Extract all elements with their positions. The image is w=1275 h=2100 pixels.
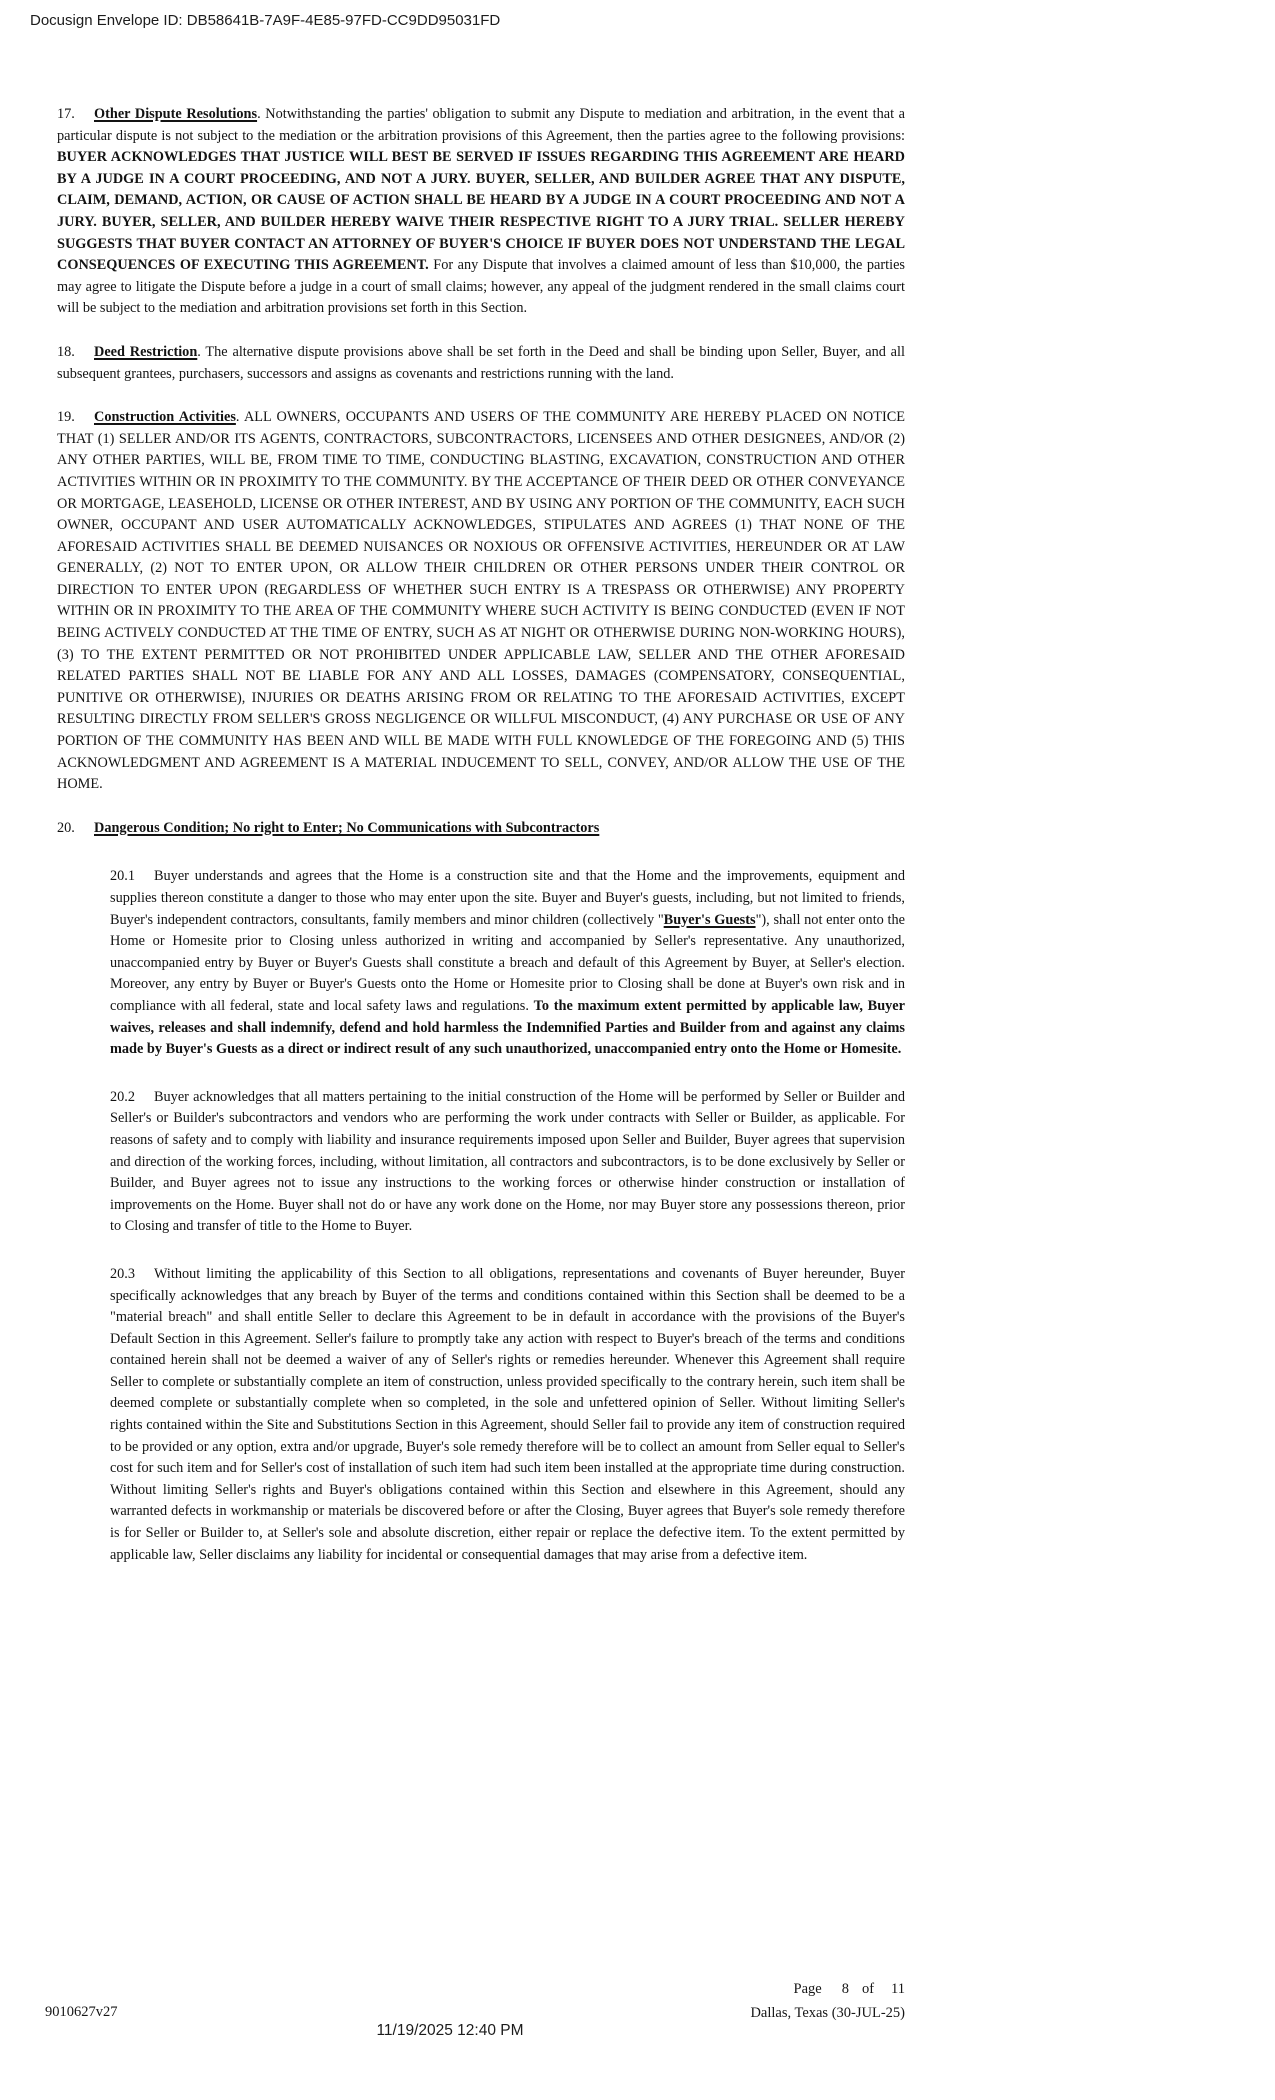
underlined-bold-run: Construction Activities bbox=[94, 409, 236, 425]
paragraph-number: 19. bbox=[57, 407, 94, 429]
subsection-paragraph: 20.3Without limiting the applicability o… bbox=[110, 1264, 905, 1566]
section-paragraph: 19.Construction Activities. ALL OWNERS, … bbox=[57, 407, 905, 796]
page-current: 8 bbox=[842, 1981, 849, 1997]
underlined-bold-run: Buyer's Guests bbox=[664, 912, 756, 928]
paragraph-number: 20.1 bbox=[110, 866, 154, 888]
paragraph-number: 20.2 bbox=[110, 1087, 154, 1109]
paragraph-number: 18. bbox=[57, 342, 94, 364]
bold-run: BUYER ACKNOWLEDGES THAT JUSTICE WILL BES… bbox=[57, 149, 905, 273]
paragraph-number: 17. bbox=[57, 104, 94, 126]
paragraph-number: 20. bbox=[57, 818, 94, 840]
section-paragraph: 17.Other Dispute Resolutions. Notwithsta… bbox=[57, 104, 905, 320]
paragraph-number: 20.3 bbox=[110, 1264, 154, 1286]
text-run: Buyer acknowledges that all matters pert… bbox=[110, 1089, 905, 1235]
document-body: 17.Other Dispute Resolutions. Notwithsta… bbox=[57, 104, 905, 1566]
underlined-bold-run: Dangerous Condition; No right to Enter; … bbox=[94, 820, 599, 836]
page-indicator: Page8of11 bbox=[794, 1981, 906, 1998]
doc-version-number: 9010627v27 bbox=[45, 2004, 118, 2021]
docusign-envelope-id: Docusign Envelope ID: DB58641B-7A9F-4E85… bbox=[30, 12, 500, 29]
datetime-stamp: 11/19/2025 12:40 PM bbox=[0, 2022, 900, 2040]
subsection-paragraph: 20.1Buyer understands and agrees that th… bbox=[110, 866, 905, 1060]
underlined-bold-run: Deed Restriction bbox=[94, 344, 197, 360]
underlined-bold-run: Other Dispute Resolutions bbox=[94, 106, 257, 122]
page-total: 11 bbox=[891, 1981, 905, 1997]
section-heading-line: 20.Dangerous Condition; No right to Ente… bbox=[57, 818, 905, 840]
location-date-line: Dallas, Texas (30-JUL-25) bbox=[750, 2005, 905, 2022]
document-page: Docusign Envelope ID: DB58641B-7A9F-4E85… bbox=[0, 0, 1275, 2100]
subsection-paragraph: 20.2Buyer acknowledges that all matters … bbox=[110, 1087, 905, 1238]
section-paragraph: 18.Deed Restriction. The alternative dis… bbox=[57, 342, 905, 385]
page-label: Page bbox=[794, 1981, 822, 1997]
page-of-label: of bbox=[862, 1981, 874, 1997]
text-run: Without limiting the applicability of th… bbox=[110, 1266, 905, 1563]
text-run: . ALL OWNERS, OCCUPANTS AND USERS OF THE… bbox=[57, 409, 905, 792]
